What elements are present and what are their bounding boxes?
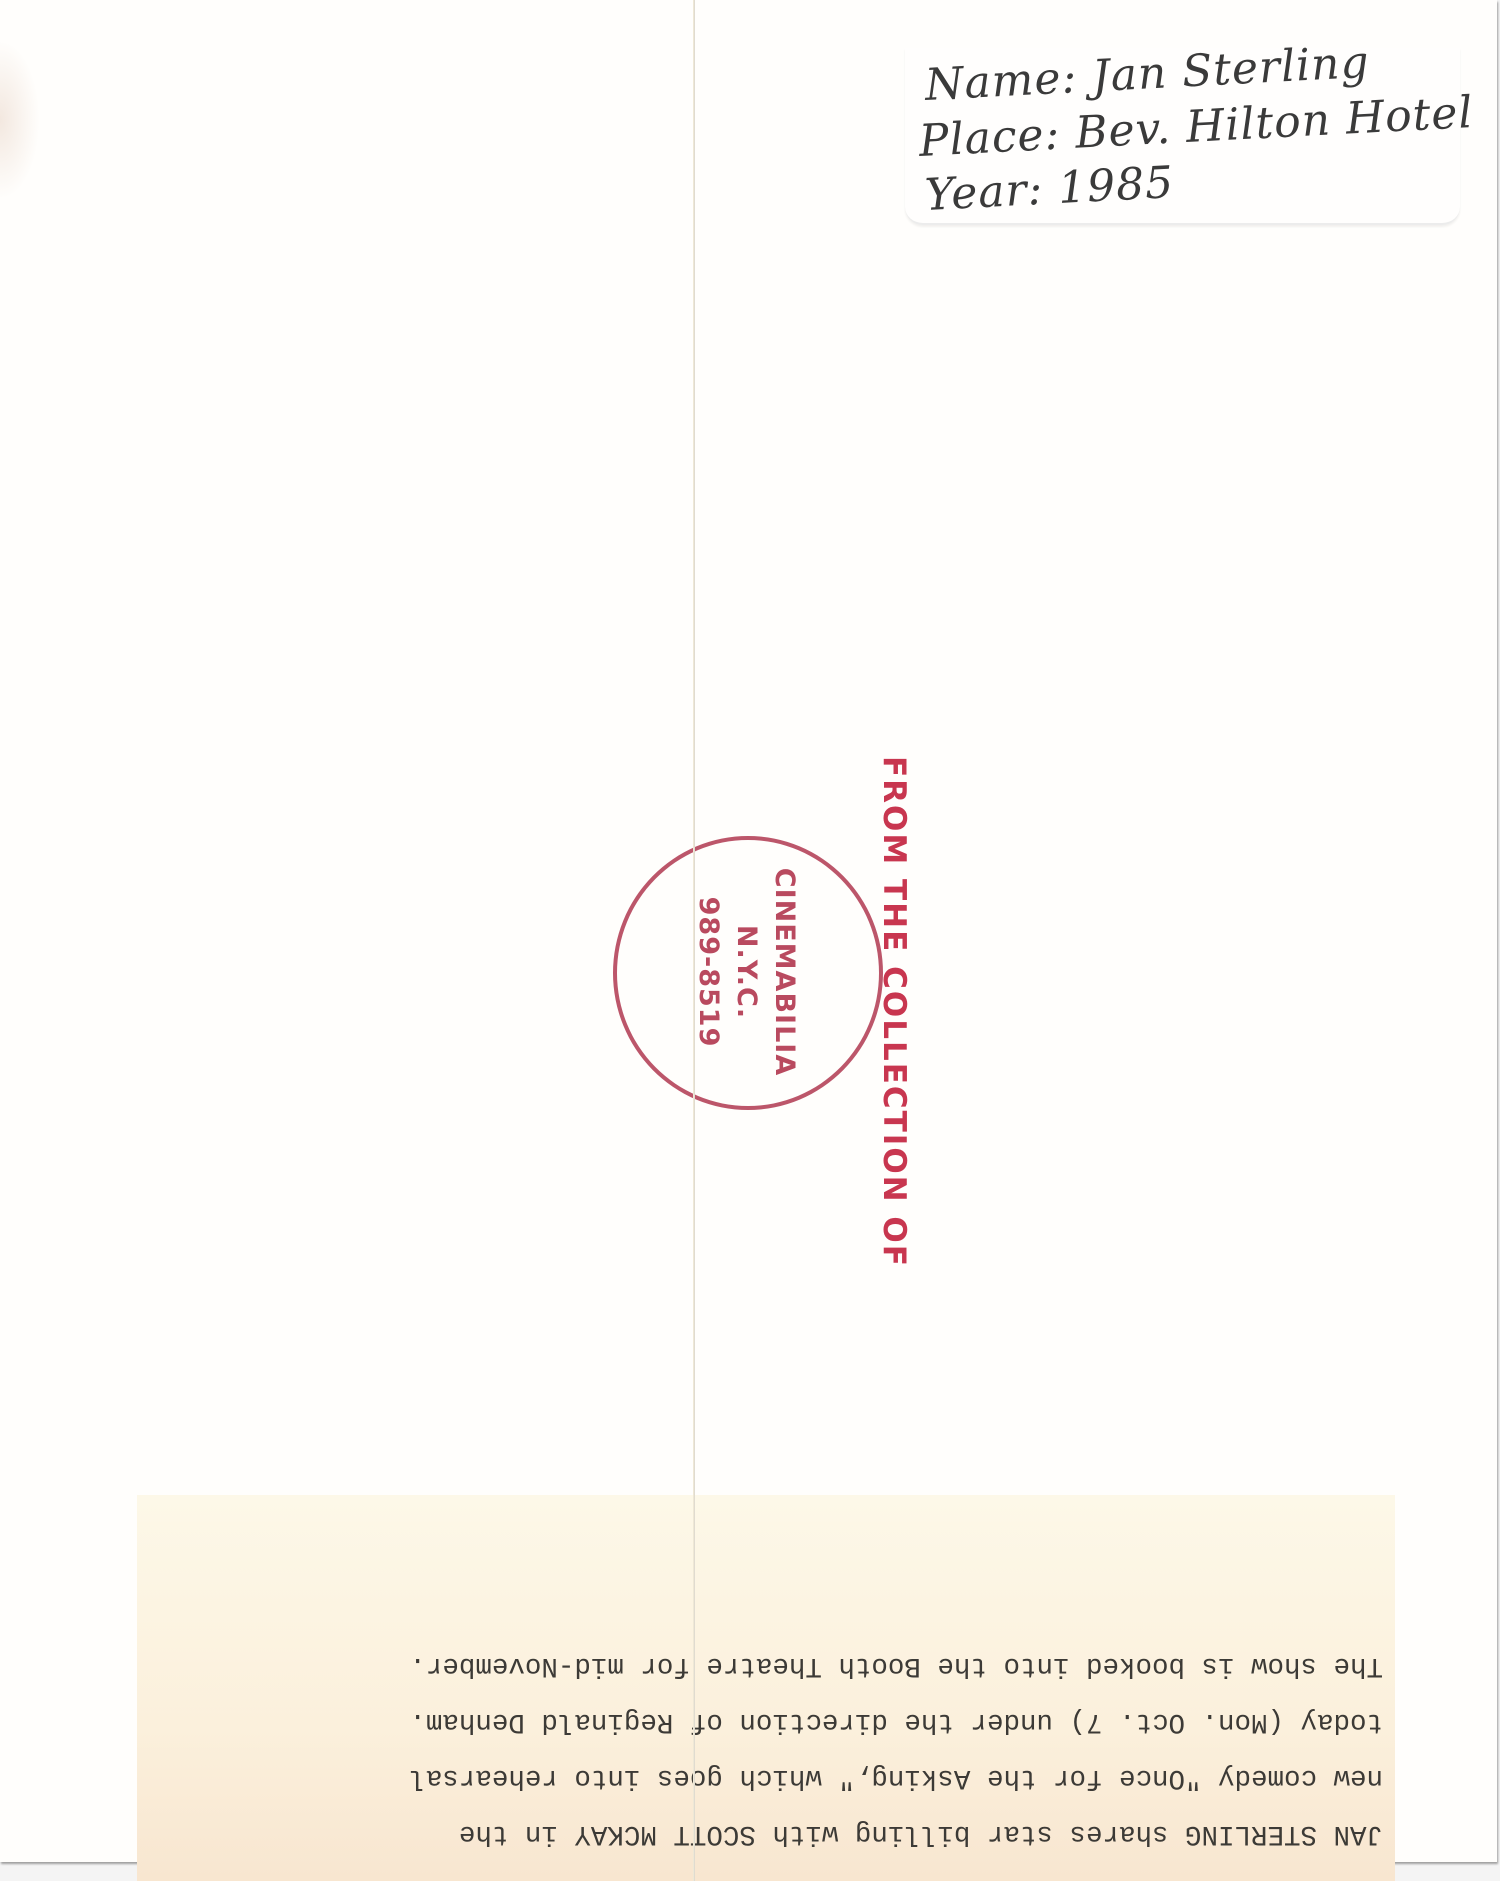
edge-stain — [0, 40, 40, 200]
stamp-header: FROM THE COLLECTION OF — [876, 756, 912, 1268]
caption-snipe: JAN STERLING shares star billing with SC… — [137, 1495, 1395, 1881]
note-name-label: Name: — [924, 52, 1079, 111]
handwritten-note-card: Name: Jan Sterling Place: Bev. Hilton Ho… — [905, 48, 1460, 225]
stamp-line-city: N.Y.C. — [727, 925, 765, 1019]
note-place-label: Place: — [918, 109, 1062, 167]
note-name-value: Jan Sterling — [1091, 37, 1371, 102]
stamp-line-name: CINEMABILIA — [765, 868, 803, 1076]
snipe-line: JAN STERLING shares star billing with SC… — [409, 1805, 1383, 1861]
snipe-text-rotated: JAN STERLING shares star billing with SC… — [137, 1495, 1395, 1881]
fold-line — [693, 0, 695, 1881]
note-year-label: Year: — [924, 164, 1045, 221]
snipe-line: The show is booked into the Booth Theatr… — [409, 1637, 1383, 1693]
snipe-line: today (Mon. Oct. 7) under the direction … — [409, 1693, 1383, 1749]
note-year-line: Year: 1985 — [924, 157, 1176, 221]
note-year-value: 1985 — [1057, 157, 1175, 214]
snipe-line: new comedy "Once for the Asking," which … — [409, 1749, 1383, 1805]
collection-stamp: CINEMABILIA N.Y.C. 989-8519 — [689, 868, 803, 1076]
snipe-lines: JAN STERLING shares star billing with SC… — [409, 1637, 1383, 1881]
